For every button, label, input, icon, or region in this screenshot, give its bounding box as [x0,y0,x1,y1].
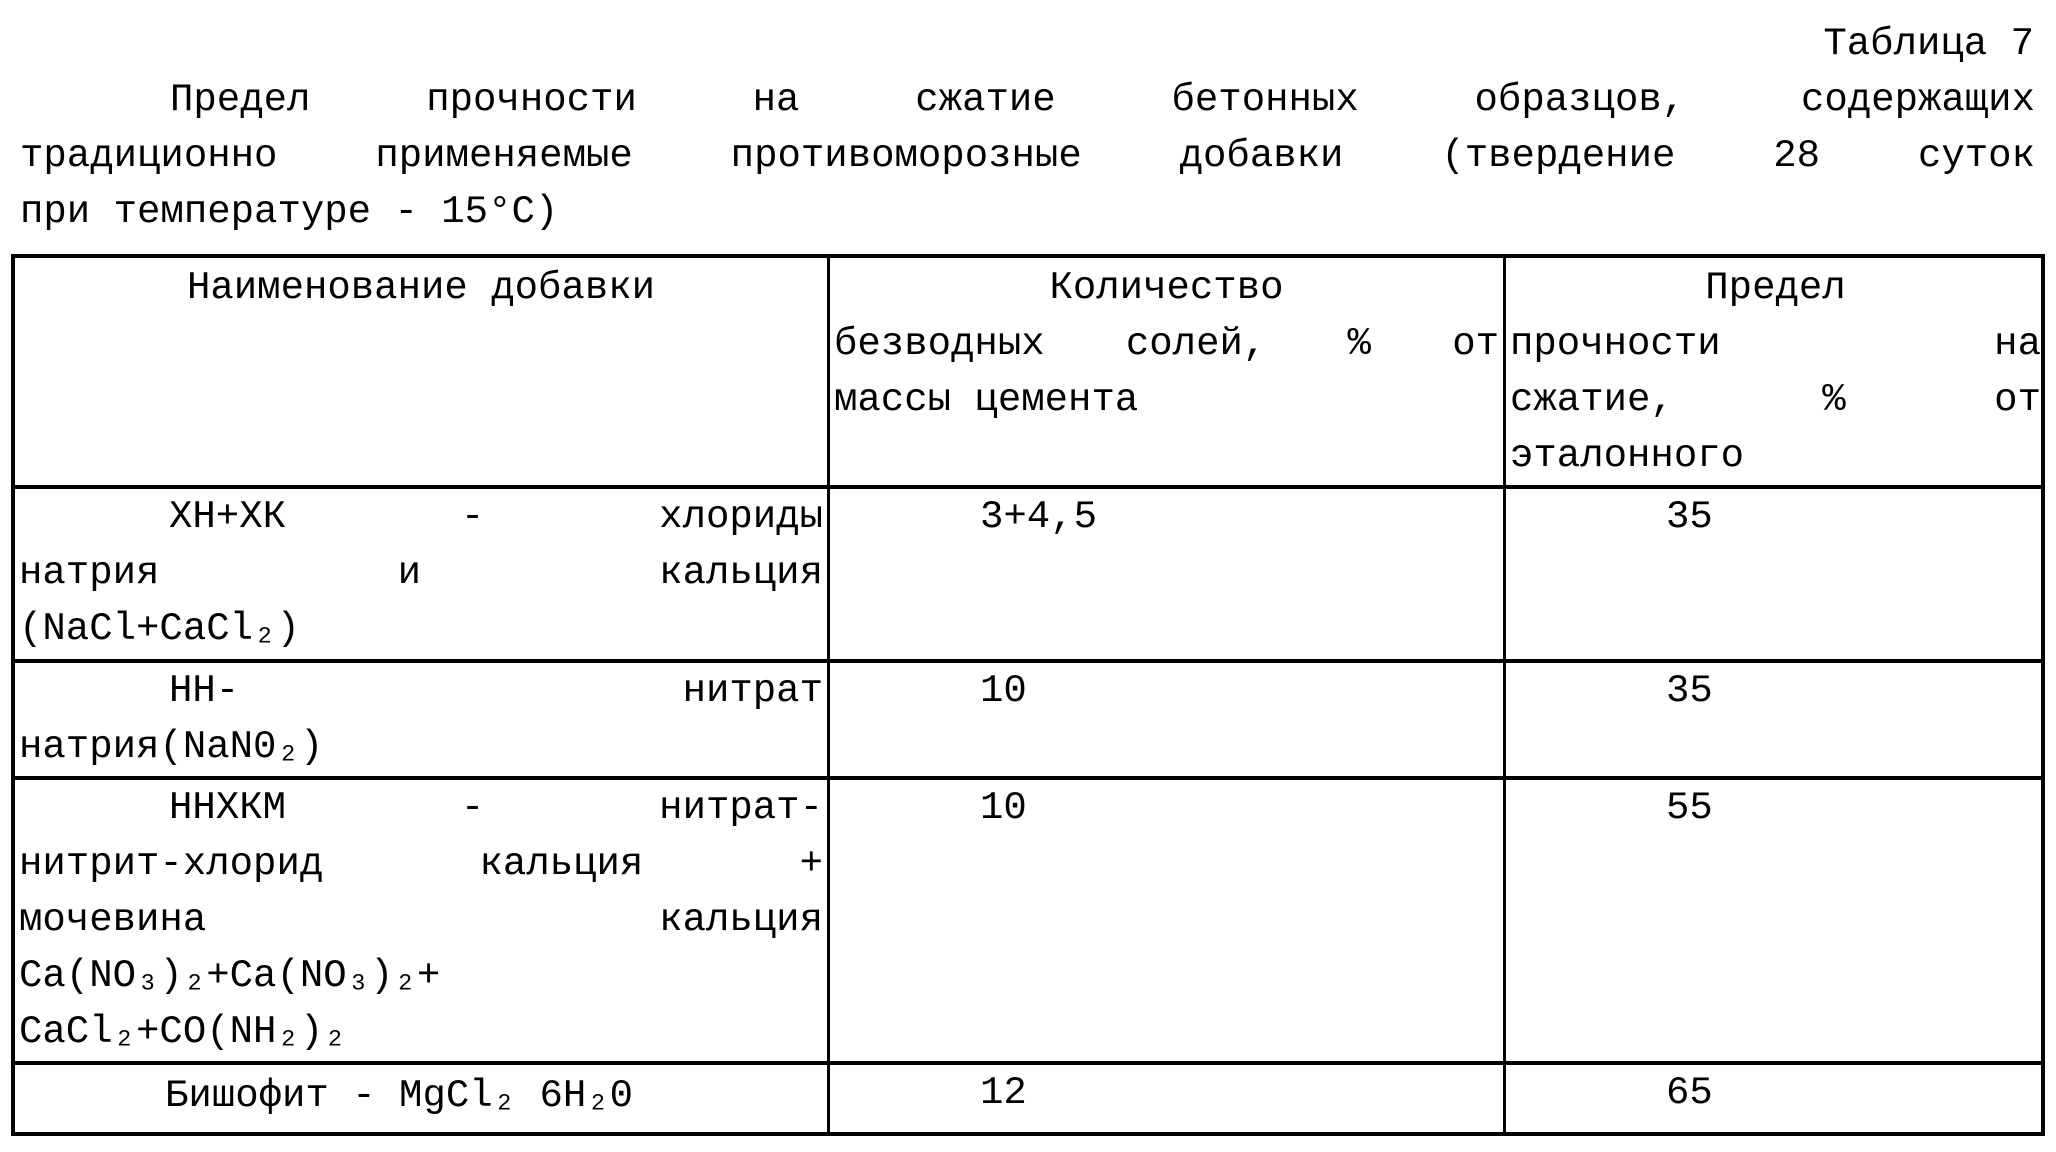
cell-text: Бишофит - MgCl₂ 6H₂0 [165,1068,823,1124]
table-title-line-2: традиционно применяемые противоморозные … [20,128,2035,184]
header-text: массы цемента [834,372,1499,428]
table-row-2-amount: 10 [830,663,1503,719]
table-row-1-strength: 35 [1506,489,2045,545]
table-row-2-strength: 35 [1506,663,2045,719]
cell-text: 35 [1666,663,2041,719]
cell-text: CaCl₂+CO(NH₂)₂ [19,1004,823,1060]
table-title-line-3: при температуре - 15°С) [20,184,2035,240]
cell-text: натрия(NaN0₂) [19,719,823,775]
cell-text: ХН+ХК - хлориды [19,489,823,545]
table-title-line-1: Предел прочности на сжатие бетонных обра… [170,72,2035,128]
table-row-4-strength: 65 [1506,1065,2045,1121]
table-row-3-name: ННХКМ - нитрат- нитрит-хлорид кальция + … [15,780,827,1060]
header-text: прочности на [1510,316,2041,372]
table-row-2-name: НН- нитрат натрия(NaN0₂) [15,663,827,775]
header-text: Предел [1510,260,2041,316]
cell-text: 12 [980,1065,1499,1121]
cell-text: 10 [980,780,1499,836]
cell-text: ННХКМ - нитрат- [19,780,823,836]
cell-text: 10 [980,663,1499,719]
table-row-4-amount: 12 [830,1065,1503,1121]
cell-text: (NaCl+CaCl₂) [19,601,823,657]
table-row-3-amount: 10 [830,780,1503,836]
table-row-1-name: ХН+ХК - хлориды натрия и кальция (NaCl+C… [15,489,827,657]
cell-text: 3+4,5 [980,489,1499,545]
cell-text: мочевина кальция [19,892,823,948]
data-table: Наименование добавки Количество безводны… [11,254,2045,1136]
table-label: Таблица 7 [1823,16,2034,72]
header-strength: Предел прочности на сжатие, % от эталонн… [1506,260,2045,484]
header-amount: Количество безводных солей, % от массы ц… [830,260,1503,428]
header-text: Количество [834,260,1499,316]
cell-text: натрия и кальция [19,545,823,601]
header-additive-name: Наименование добавки [15,260,827,316]
table-row-3-strength: 55 [1506,780,2045,836]
header-text: эталонного [1510,428,2041,484]
header-text: безводных солей, % от [834,316,1499,372]
header-text: Наименование добавки [19,260,823,316]
header-text: сжатие, % от [1510,372,2041,428]
table-row-4-name: Бишофит - MgCl₂ 6H₂0 [15,1068,827,1124]
cell-text: нитрит-хлорид кальция + [19,836,823,892]
cell-text: 55 [1666,780,2041,836]
cell-text: 65 [1666,1065,2041,1121]
cell-text: Ca(NO₃)₂+Ca(NO₃)₂+ [19,948,823,1004]
cell-text: НН- нитрат [19,663,823,719]
cell-text: 35 [1666,489,2041,545]
table-row-1-amount: 3+4,5 [830,489,1503,545]
